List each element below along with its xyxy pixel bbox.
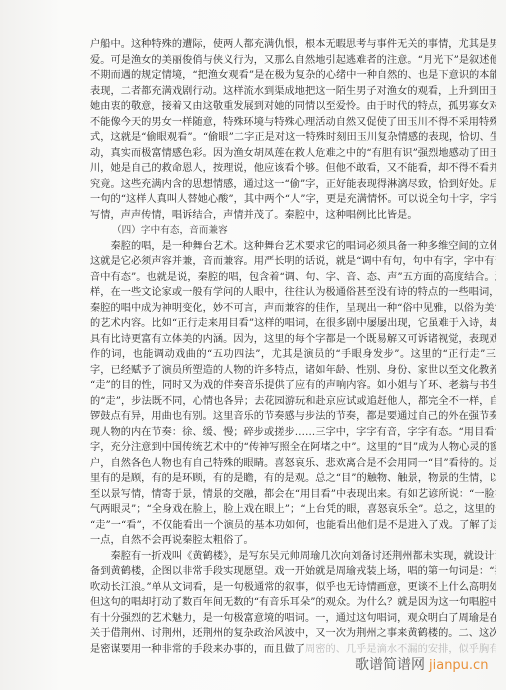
text-line: 作的词，也能调动戏曲的“五功四法”，尤其是演员的“手眼身发步”。这里的“正行走”… xyxy=(90,347,496,363)
text-line: 字，已经赋予了演员所塑造的人物的许多特点，诸如年龄、性别、身份、家世以至文化教养… xyxy=(90,363,496,379)
text-line: 的“走”，步法既不同，心情也各异；去花园游玩和赴京应试或追赶他人，都完全不一样，… xyxy=(90,394,496,410)
line-text: 表现，二者都充满戏剧行动。这样流水到渠成地把这一陌生男子对渔女的观看，上升到田玉… xyxy=(90,86,496,97)
line-text: “走”的目的性，同时又为戏的伴奏音乐提供了应有的声响内容。如小姐与丫环、老翁与书… xyxy=(90,380,496,391)
line-text: 字，已经赋予了演员所塑造的人物的许多特点，诸如年龄、性别、身份、家世以至文化教养… xyxy=(90,365,496,376)
text-line: “走”一“看”，不仅能看出一个演员的基本功如何，也能看出他们是不是进入了戏。了解… xyxy=(90,518,496,534)
text-line: 备到黄鹤楼，企图以非常手段实现愿望。戏一开始就是周瑜戎装上场，唱的第一句词是：“… xyxy=(90,564,496,580)
text-line: 动，真实而极富情感色彩。因为渔女胡凤莲在救人危难之中的“有胆有识”强烈地感动了田… xyxy=(90,146,496,162)
line-text: 不能像今天的男女一样随意，特殊环境与特殊心理活动自然又促使了田玉川不得不采用特殊… xyxy=(90,117,496,128)
text-line: 吹动长江浪。”单从文词看，是一句极通常的叙事，似乎也无诗情画意，更谈不上什么高明… xyxy=(90,580,496,596)
text-line: 爱。可是渔女的美丽俊俏与侠义行为，又那么自然地引起逃难者的注意。“月光下”是叙述… xyxy=(90,53,496,69)
watermark: 歌谱简谱网jianpu.cn xyxy=(355,654,488,674)
line-text: 气两眼灵”；“全身戏在脸上，脸上戏在眼上”；“上台凭的眼，喜怒哀乐全”。总之，这… xyxy=(90,504,496,515)
line-text: 户，自然各色人物也有自己特殊的眼睛。喜怒哀乐、悲欢离合是不会用同一“目”看待的。… xyxy=(90,458,496,469)
text-line: 样，在一些文论家或一般有学问的人眼中，往往认为极通俗甚至没有诗的特点的一些唱词，… xyxy=(90,285,496,301)
line-text: 吹动长江浪。”单从文词看，是一句极通常的叙事，似乎也无诗情画意，更谈不上什么高明… xyxy=(90,582,496,593)
line-text: 川，她是自己的救命恩人，按理说，他应该看个够。但他不敢看，又不能看，却不得不看并… xyxy=(90,163,496,174)
line-text: 关于借荆州、讨荆州，还荆州的复杂政治风波中，又一次为荆州之事来黄鹤楼的。二、这次… xyxy=(90,628,496,639)
text-line: 但这句的唱却打动了数百年间无数的“有音乐耳朵”的观众。为什么？就是因为这一句唱腔… xyxy=(90,595,496,611)
text-line: 不能像今天的男女一样随意，特殊环境与特殊心理活动自然又促使了田玉川不得不采用特殊… xyxy=(90,115,496,131)
text-line: “走”的目的性，同时又为戏的伴奏音乐提供了应有的声响内容。如小姐与丫环、老翁与书… xyxy=(90,378,496,394)
line-text: 不期而遇的规定情境，“把渔女观看”是在极为复杂的心绪中一种自然的、也是下意识的本… xyxy=(90,70,496,81)
line-text: 音中有态”。也就是说，秦腔的唱，包含着“调、句、字、音、态、声”五方面的高度结合… xyxy=(90,272,496,283)
line-text: 具有比诗更富有立体美的内涵。因为，这里的每个字都是一个既易解又可诉诸视觉，表现戏… xyxy=(90,334,496,345)
line-text: 的“走”，步法既不同，心情也各异；去花园游玩和赴京应试或追赶他人，都完全不一样，… xyxy=(90,396,496,407)
text-line: 里有的是顾，有的是环顾，有的是瞻，有的是观。总之“目”的触物、触景，物景的生情，… xyxy=(90,471,496,487)
text-line: 有十分强烈的艺术魅力，是一句极富意境的唱词。一，通过这句唱词，观众明白了周瑜是在… xyxy=(90,611,496,627)
line-text: 秦腔的唱中成为神明变化，妙不可言，声而兼容的佳作，呈现出一种“俗中见雅，以俗为美… xyxy=(90,303,496,314)
line-text: 这就是它必须声容并兼，音而兼容。用严长明的话说，就是“调中有句，句中有字，字中有… xyxy=(90,256,496,267)
text-line: 至以景写情，情寄于景，情景的交融，都会在“用目看”中表现出来。有如艺谚所说：“一… xyxy=(90,487,496,503)
line-text: 有十分强烈的艺术魅力，是一句极富意境的唱词。一，通过这句唱词，观众明白了周瑜是在… xyxy=(90,613,496,624)
watermark-site-name: 歌谱简谱网 xyxy=(355,657,425,673)
line-text: 锣鼓点有异，用曲也有别。这里音乐的节奏感与步法的节奏，都是要通过自己的外在强节奏… xyxy=(90,411,496,422)
line-text: 现人物的内在节奏：徐、缓、慢；碎步或搓步……三字中，字字有音，字字有态。“用目看… xyxy=(90,427,496,438)
text-line: 户，自然各色人物也有自己特殊的眼睛。喜怒哀乐、悲欢离合是不会用同一“目”看待的。… xyxy=(90,456,496,472)
text-line: 现人物的内在节奏：徐、缓、慢；碎步或搓步……三字中，字字有音，字字有态。“用目看… xyxy=(90,425,496,441)
line-text: 写情，声声传情，唱诉结合，声情并茂了。秦腔中，这种唱例比比皆是。 xyxy=(90,210,418,221)
line-text: 一句的“这样人真叫人替她心酸”，其中两个“人”字，更是充满情怀。可以说全句十字，… xyxy=(90,194,496,205)
line-text: 的艺术内容。比如“正行走来用目看”这样的唱词，在很多剧中屡屡出现，它虽难于入诗，… xyxy=(90,318,496,329)
section-heading: （四）字中有态，音而兼容 xyxy=(90,223,496,239)
line-text: 户船中。这种特殊的遭际，使两人都充满仇恨，根本无暇思考与事件无关的事情，尤其是男… xyxy=(90,39,496,50)
scanned-page: 户船中。这种特殊的遭际，使两人都充满仇恨，根本无暇思考与事件无关的事情，尤其是男… xyxy=(0,0,506,690)
line-text: 至以景写情，情寄于景，情景的交融，都会在“用目看”中表现出来。有如艺谚所说：“一… xyxy=(90,489,496,500)
text-line: 一点，自然不会再说秦腔太粗俗了。 xyxy=(90,533,496,549)
line-text: 秦腔有一折戏叫《黄鹤楼》，是写东吴元帅周瑜几次向刘备讨还荆州都未实现，就设计诓刘 xyxy=(90,551,496,562)
line-text: 秦腔的唱，是一种舞台艺术。这种舞台艺术要求它的唱词必须具备一种多维空间的立体性， xyxy=(90,241,496,252)
text-line: 不期而遇的规定情境，“把渔女观看”是在极为复杂的心绪中一种自然的、也是下意识的本… xyxy=(90,68,496,84)
line-text: 字，充分注意到中国传统艺术中的“传神写照全在阿堵之中”。这里的“目”成为人物心灵… xyxy=(90,442,496,453)
text-line: 这就是它必须声容并兼，音而兼容。用严长明的话说，就是“调中有句，句中有字，字中有… xyxy=(90,254,496,270)
body-text: 户船中。这种特殊的遭际，使两人都充满仇恨，根本无暇思考与事件无关的事情，尤其是男… xyxy=(90,37,496,657)
line-text: 究竟。这些充满内含的思想情感，通过这一“偷”字，正好能表现得淋漓尽致，恰到好处。… xyxy=(90,179,496,190)
faded-line-text: 周密的、几乎是滴水不漏的安排，似乎胸有成竹 xyxy=(305,644,496,655)
text-line: 音中有态”。也就是说，秦腔的唱，包含着“调、句、字、音、态、声”五方面的高度结合… xyxy=(90,270,496,286)
text-line: 锣鼓点有异，用曲也有别。这里音乐的节奏感与步法的节奏，都是要通过自己的外在强节奏… xyxy=(90,409,496,425)
text-line: 究竟。这些充满内含的思想情感，通过这一“偷”字，正好能表现得淋漓尽致，恰到好处。… xyxy=(90,177,496,193)
line-text: 她由衷的敬意，接着又由这敬重发展到对她的同情以至爱怜。由于时代的特点，孤男寡女对… xyxy=(90,101,496,112)
text-line: 秦腔的唱，是一种舞台艺术。这种舞台艺术要求它的唱词必须具备一种多维空间的立体性， xyxy=(90,239,496,255)
text-line: 户船中。这种特殊的遭际，使两人都充满仇恨，根本无暇思考与事件无关的事情，尤其是男… xyxy=(90,37,496,53)
text-line: 秦腔有一折戏叫《黄鹤楼》，是写东吴元帅周瑜几次向刘备讨还荆州都未实现，就设计诓刘 xyxy=(90,549,496,565)
line-text: 作的词，也能调动戏曲的“五功四法”，尤其是演员的“手眼身发步”。这里的“正行走”… xyxy=(90,349,496,360)
line-text: 一点，自然不会再说秦腔太粗俗了。 xyxy=(90,535,254,546)
text-line: 字，充分注意到中国传统艺术中的“传神写照全在阿堵之中”。这里的“目”成为人物心灵… xyxy=(90,440,496,456)
line-text: 里有的是顾，有的是环顾，有的是瞻，有的是观。总之“目”的触物、触景，物景的生情，… xyxy=(90,473,496,484)
text-line: 表现，二者都充满戏剧行动。这样流水到渠成地把这一陌生男子对渔女的观看，上升到田玉… xyxy=(90,84,496,100)
text-line: 秦腔的唱中成为神明变化，妙不可言，声而兼容的佳作，呈现出一种“俗中见雅，以俗为美… xyxy=(90,301,496,317)
watermark-domain: jianpu.cn xyxy=(429,658,488,673)
text-line: 关于借荆州、讨荆州，还荆州的复杂政治风波中，又一次为荆州之事来黄鹤楼的。二、这次… xyxy=(90,626,496,642)
text-line: 她由衷的敬意，接着又由这敬重发展到对她的同情以至爱怜。由于时代的特点，孤男寡女对… xyxy=(90,99,496,115)
text-line: 式，这就是“偷眼观看”。“偷眼”二字正是对这一特殊时刻田玉川复杂情感的表现，恰切… xyxy=(90,130,496,146)
line-text: 是密谋要用一种非常的手段来办事的，而且做了 xyxy=(90,644,305,655)
text-line: 具有比诗更富有立体美的内涵。因为，这里的每个字都是一个既易解又可诉诸视觉，表现戏… xyxy=(90,332,496,348)
line-text: 备到黄鹤楼，企图以非常手段实现愿望。戏一开始就是周瑜戎装上场，唱的第一句词是：“… xyxy=(90,566,496,577)
text-line: 气两眼灵”；“全身戏在脸上，脸上戏在眼上”；“上台凭的眼，喜怒哀乐全”。总之，这… xyxy=(90,502,496,518)
text-line: 的艺术内容。比如“正行走来用目看”这样的唱词，在很多剧中屡屡出现，它虽难于入诗，… xyxy=(90,316,496,332)
line-text: 样，在一些文论家或一般有学问的人眼中，往往认为极通俗甚至没有诗的特点的一些唱词，… xyxy=(90,287,496,298)
text-line: 一句的“这样人真叫人替她心酸”，其中两个“人”字，更是充满情怀。可以说全句十字，… xyxy=(90,192,496,208)
line-text: 动，真实而极富情感色彩。因为渔女胡凤莲在救人危难之中的“有胆有识”强烈地感动了田… xyxy=(90,148,496,159)
line-text: 爱。可是渔女的美丽俊俏与侠义行为，又那么自然地引起逃难者的注意。“月光下”是叙述… xyxy=(90,55,496,66)
text-line: 写情，声声传情，唱诉结合，声情并茂了。秦腔中，这种唱例比比皆是。 xyxy=(90,208,496,224)
line-text: （四）字中有态，音而兼容 xyxy=(112,225,228,236)
text-line: 川，她是自己的救命恩人，按理说，他应该看个够。但他不敢看，又不能看，却不得不看并… xyxy=(90,161,496,177)
line-text: 式，这就是“偷眼观看”。“偷眼”二字正是对这一特殊时刻田玉川复杂情感的表现，恰切… xyxy=(90,132,496,143)
line-text: 但这句的唱却打动了数百年间无数的“有音乐耳朵”的观众。为什么？就是因为这一句唱腔… xyxy=(90,597,496,608)
line-text: “走”一“看”，不仅能看出一个演员的基本功如何，也能看出他们是不是进入了戏。了解… xyxy=(90,520,496,531)
